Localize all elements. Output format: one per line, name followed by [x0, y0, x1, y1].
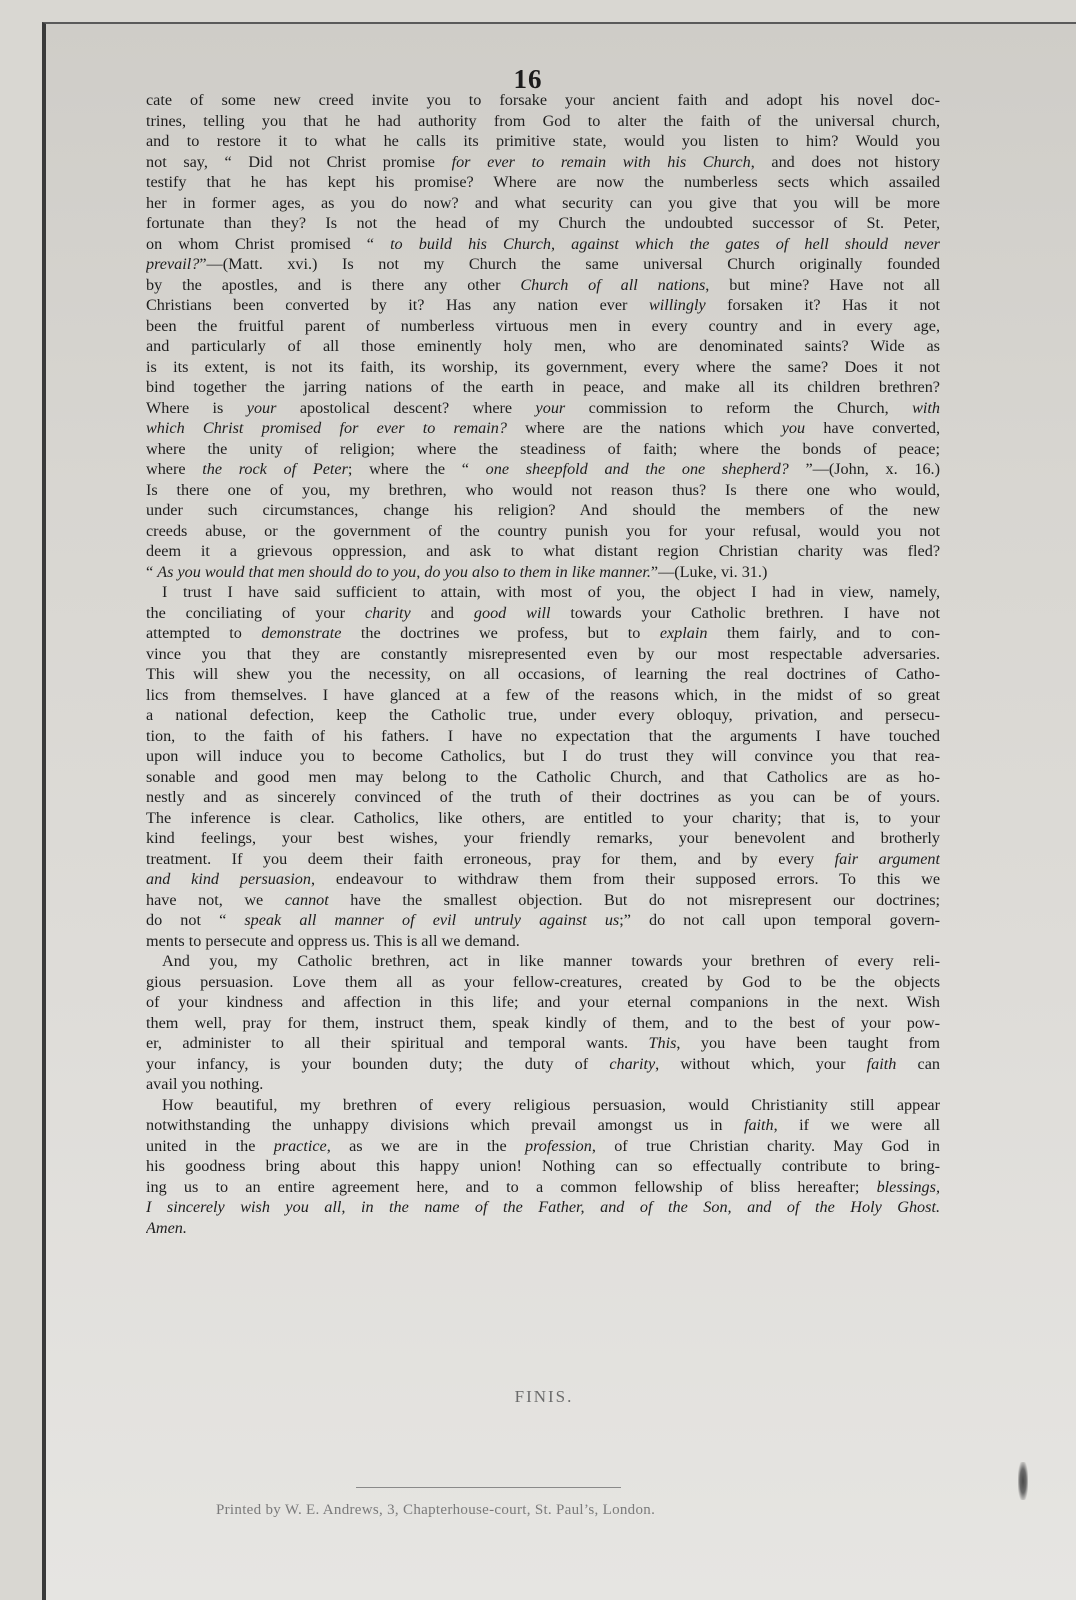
text-segment: commission to reform the Church, — [565, 399, 912, 417]
text-line: been the fruitful parent of numberless v… — [146, 316, 940, 337]
text-segment: not say, “ Did not Christ promise — [146, 153, 452, 171]
divider-rule — [356, 1487, 621, 1488]
text-segment: , you have been taught from — [676, 1034, 940, 1052]
text-line: deem it a grievous oppression, and ask t… — [146, 541, 940, 562]
text-segment: ”—(Matt. xvi.) Is not my Church the same… — [199, 255, 940, 273]
text-segment: them fairly, and to con- — [707, 624, 940, 642]
italic-text: Church of all nations — [520, 276, 705, 294]
text-segment: avail you nothing. — [146, 1075, 263, 1093]
finis-heading: FINIS. — [46, 1387, 1042, 1407]
text-line: them well, pray for them, instruct them,… — [146, 1013, 940, 1034]
italic-text: I sincerely wish you all, in the name of… — [146, 1198, 940, 1216]
text-segment: forsaken it? Has it not — [706, 296, 940, 314]
text-segment: tion, to the faith of his fathers. I hav… — [146, 727, 940, 745]
italic-text: the rock of Peter — [202, 460, 348, 478]
text-segment: can — [896, 1055, 940, 1073]
italic-text: with — [912, 399, 940, 417]
italic-text: Amen. — [146, 1219, 187, 1237]
text-segment: deem it a grievous oppression, and ask t… — [146, 542, 940, 560]
text-segment: a national defection, keep the Catholic … — [146, 706, 940, 724]
text-line: on whom Christ promised “ to build his C… — [146, 234, 940, 255]
italic-text: charity — [365, 604, 411, 622]
text-segment: treatment. If you deem their faith erron… — [146, 850, 835, 868]
text-segment: apostolical descent? where — [276, 399, 535, 417]
text-line: and kind persuasion, endeavour to withdr… — [146, 869, 940, 890]
italic-text: for ever to remain? — [340, 419, 507, 437]
text-line: testify that he has kept his promise? Wh… — [146, 172, 940, 193]
text-line: is its extent, is not its faith, its wor… — [146, 357, 940, 378]
text-line: where the rock of Peter; where the “ one… — [146, 459, 940, 480]
text-segment: where the unity of religion; where the s… — [146, 440, 940, 458]
text-line: not say, “ Did not Christ promise for ev… — [146, 152, 940, 173]
italic-text: faith — [744, 1116, 774, 1134]
text-segment: the doctrines we profess, but to — [341, 624, 659, 642]
italic-text: As you would that men should do to you, … — [157, 563, 651, 581]
text-line: I trust I have said sufficient to attain… — [146, 582, 940, 603]
text-line: I sincerely wish you all, in the name of… — [146, 1197, 940, 1218]
document-page: 16 cate of some new creed invite you to … — [42, 22, 1076, 1600]
italic-text: demonstrate — [261, 624, 341, 642]
text-line: gious persuasion. Love them all as your … — [146, 972, 940, 993]
text-line: attempted to demonstrate the doctrines w… — [146, 623, 940, 644]
text-segment: ;” do not call upon temporal govern- — [619, 911, 940, 929]
text-segment: on whom Christ promised “ — [146, 235, 390, 253]
text-segment: do not “ — [146, 911, 244, 929]
italic-text: your — [247, 399, 277, 417]
text-line: How beautiful, my brethren of every reli… — [146, 1095, 940, 1116]
italic-text: fair argument — [835, 850, 940, 868]
text-segment: his goodness bring about this happy unio… — [146, 1157, 940, 1175]
italic-text: your — [536, 399, 566, 417]
text-line: kind feelings, your best wishes, your fr… — [146, 828, 940, 849]
text-segment: , as we are in the — [327, 1137, 525, 1155]
text-segment: , but mine? Have not all — [705, 276, 940, 294]
text-line: “ As you would that men should do to you… — [146, 562, 940, 583]
text-segment: attempted to — [146, 624, 261, 642]
text-segment: Is there one of you, my brethren, who wo… — [146, 481, 940, 499]
text-segment: How beautiful, my brethren of every reli… — [162, 1096, 940, 1114]
printer-imprint: Printed by W. E. Andrews, 3, Chapterhous… — [216, 1502, 916, 1519]
text-line: her in former ages, as you do now? and w… — [146, 193, 940, 214]
text-segment: and particularly of all those eminently … — [146, 337, 940, 355]
text-line: do not “ speak all manner of evil untrul… — [146, 910, 940, 931]
text-line: by the apostles, and is there any other … — [146, 275, 940, 296]
text-line: which Christ promised for ever to remain… — [146, 418, 940, 439]
text-line: cate of some new creed invite you to for… — [146, 90, 940, 111]
text-line: lics from themselves. I have glanced at … — [146, 685, 940, 706]
text-line: And you, my Catholic brethren, act in li… — [146, 951, 940, 972]
text-line: bind together the jarring nations of the… — [146, 377, 940, 398]
text-line: sonable and good men may belong to the C… — [146, 767, 940, 788]
text-segment: and — [411, 604, 474, 622]
text-segment: where are the nations which — [507, 419, 782, 437]
text-segment: Christians been converted by it? Has any… — [146, 296, 649, 314]
text-line: fortunate than they? Is not the head of … — [146, 213, 940, 234]
text-line: a national defection, keep the Catholic … — [146, 705, 940, 726]
text-line: tion, to the faith of his fathers. I hav… — [146, 726, 940, 747]
text-segment: and to restore it to what he calls its p… — [146, 132, 940, 150]
text-segment: ”—(John, x. 16.) — [789, 460, 940, 478]
text-line: vince you that they are constantly misre… — [146, 644, 940, 665]
italic-text: good will — [474, 604, 551, 622]
text-segment: united in the — [146, 1137, 274, 1155]
italic-text: practice — [274, 1137, 327, 1155]
text-line: creeds abuse, or the government of the c… — [146, 521, 940, 542]
text-segment: vince you that they are constantly misre… — [146, 645, 940, 663]
italic-text: cannot — [285, 891, 329, 909]
text-segment: ments to persecute and oppress us. This … — [146, 932, 520, 950]
text-segment: gious persuasion. Love them all as your … — [146, 973, 940, 991]
text-line: This will shew you the necessity, on all… — [146, 664, 940, 685]
text-segment: is its extent, is not its faith, its wor… — [146, 358, 940, 376]
text-line: avail you nothing. — [146, 1074, 940, 1095]
italic-text: speak all manner of evil untruly against… — [244, 911, 619, 929]
italic-text: blessings, — [877, 1178, 940, 1196]
italic-text: you — [782, 419, 805, 437]
body-text: cate of some new creed invite you to for… — [146, 90, 940, 1238]
text-segment: them well, pray for them, instruct them,… — [146, 1014, 940, 1032]
text-segment: , without which, your — [655, 1055, 867, 1073]
text-segment: notwithstanding the unhappy divisions wh… — [146, 1116, 744, 1134]
text-segment: , and does not history — [751, 153, 940, 171]
text-line: er, administer to all their spiritual an… — [146, 1033, 940, 1054]
italic-text: to build his Church, against which the g… — [390, 235, 940, 253]
text-segment: her in former ages, as you do now? and w… — [146, 194, 940, 212]
italic-text: faith — [867, 1055, 897, 1073]
text-segment: your infancy, is your bounden duty; the … — [146, 1055, 609, 1073]
text-segment: by the apostles, and is there any other — [146, 276, 520, 294]
text-line: under such circumstances, change his rel… — [146, 500, 940, 521]
text-segment: cate of some new creed invite you to for… — [146, 91, 940, 109]
text-line: and particularly of all those eminently … — [146, 336, 940, 357]
text-line: of your kindness and affection in this l… — [146, 992, 940, 1013]
italic-text: one sheepfold and the one shepherd? — [486, 460, 789, 478]
text-segment: , endeavour to withdraw them from their … — [311, 870, 940, 888]
text-line: your infancy, is your bounden duty; the … — [146, 1054, 940, 1075]
text-line: his goodness bring about this happy unio… — [146, 1156, 940, 1177]
text-segment: testify that he has kept his promise? Wh… — [146, 173, 940, 191]
italic-text: prevail? — [146, 255, 199, 273]
italic-text: which Christ promised — [146, 419, 340, 437]
text-segment: ”—(Luke, vi. 31.) — [651, 563, 767, 581]
italic-text: willingly — [649, 296, 706, 314]
italic-text: and kind persuasion — [146, 870, 311, 888]
text-segment: I trust I have said sufficient to attain… — [162, 583, 940, 601]
text-segment: have the smallest objection. But do not … — [329, 891, 940, 909]
text-segment: been the fruitful parent of numberless v… — [146, 317, 940, 335]
text-line: where the unity of religion; where the s… — [146, 439, 940, 460]
text-segment: sonable and good men may belong to the C… — [146, 768, 940, 786]
text-segment: lics from themselves. I have glanced at … — [146, 686, 940, 704]
text-line: treatment. If you deem their faith erron… — [146, 849, 940, 870]
italic-text: charity — [609, 1055, 655, 1073]
italic-text: This — [649, 1034, 677, 1052]
text-line: Christians been converted by it? Has any… — [146, 295, 940, 316]
text-segment: ; where the “ — [348, 460, 486, 478]
text-segment: trines, telling you that he had authorit… — [146, 112, 940, 130]
italic-text: for ever to remain with his Church — [452, 153, 751, 171]
text-segment: The inference is clear. Catholics, like … — [146, 809, 940, 827]
text-line: ing us to an entire agreement here, and … — [146, 1177, 940, 1198]
text-line: and to restore it to what he calls its p… — [146, 131, 940, 152]
italic-text: explain — [660, 624, 708, 642]
text-segment: , if we were all — [774, 1116, 940, 1134]
text-segment: towards your Catholic brethren. I have n… — [550, 604, 940, 622]
text-segment: ing us to an entire agreement here, and … — [146, 1178, 877, 1196]
text-line: nestly and as sincerely convinced of the… — [146, 787, 940, 808]
text-segment: This will shew you the necessity, on all… — [146, 665, 940, 683]
text-line: united in the practice, as we are in the… — [146, 1136, 940, 1157]
text-line: have not, we cannot have the smallest ob… — [146, 890, 940, 911]
text-line: trines, telling you that he had authorit… — [146, 111, 940, 132]
text-segment: And you, my Catholic brethren, act in li… — [162, 952, 940, 970]
text-segment: have converted, — [805, 419, 940, 437]
ink-smudge — [1018, 1462, 1028, 1500]
text-segment: upon will induce you to become Catholics… — [146, 747, 940, 765]
text-line: ments to persecute and oppress us. This … — [146, 931, 940, 952]
text-segment: kind feelings, your best wishes, your fr… — [146, 829, 940, 847]
text-line: Where is your apostolical descent? where… — [146, 398, 940, 419]
text-segment: er, administer to all their spiritual an… — [146, 1034, 649, 1052]
text-segment: , of true Christian charity. May God in — [592, 1137, 940, 1155]
text-line: upon will induce you to become Catholics… — [146, 746, 940, 767]
text-segment: where — [146, 460, 202, 478]
text-segment: of your kindness and affection in this l… — [146, 993, 940, 1011]
text-segment: have not, we — [146, 891, 285, 909]
text-line: the conciliating of your charity and goo… — [146, 603, 940, 624]
text-line: prevail?”—(Matt. xvi.) Is not my Church … — [146, 254, 940, 275]
text-line: Is there one of you, my brethren, who wo… — [146, 480, 940, 501]
text-segment: the conciliating of your — [146, 604, 365, 622]
text-segment: creeds abuse, or the government of the c… — [146, 522, 940, 540]
text-segment: bind together the jarring nations of the… — [146, 378, 940, 396]
text-segment: “ — [146, 563, 157, 581]
text-segment: under such circumstances, change his rel… — [146, 501, 940, 519]
text-segment: Where is — [146, 399, 247, 417]
text-line: Amen. — [146, 1218, 940, 1239]
italic-text: profession — [525, 1137, 592, 1155]
text-segment: nestly and as sincerely convinced of the… — [146, 788, 940, 806]
text-line: The inference is clear. Catholics, like … — [146, 808, 940, 829]
text-segment: fortunate than they? Is not the head of … — [146, 214, 940, 232]
text-line: notwithstanding the unhappy divisions wh… — [146, 1115, 940, 1136]
